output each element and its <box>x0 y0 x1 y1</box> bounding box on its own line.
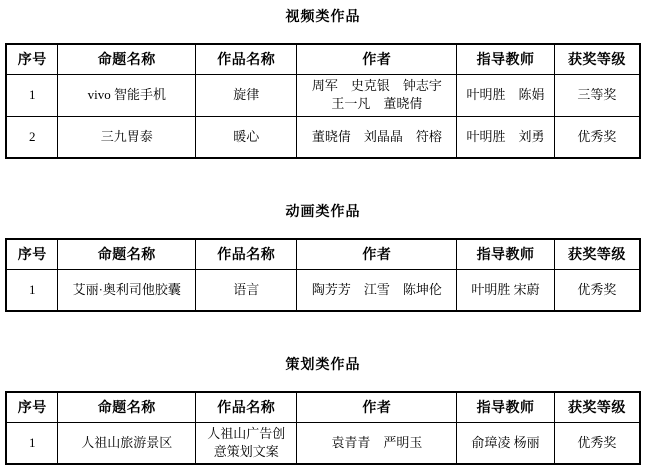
section-title: 动画类作品 <box>5 205 641 220</box>
works-table: 序号命题名称作品名称作者指导教师获奖等级 1人祖山旅游景区人祖山广告创 意策划文… <box>5 391 641 465</box>
table-cell: vivo 智能手机 <box>58 74 196 116</box>
works-table: 序号命题名称作品名称作者指导教师获奖等级 1vivo 智能手机旋律周军 史克银 … <box>5 43 641 159</box>
works-section: 视频类作品 序号命题名称作品名称作者指导教师获奖等级 1vivo 智能手机旋律周… <box>5 10 641 159</box>
table-cell: 优秀奖 <box>554 422 640 464</box>
column-header: 作品名称 <box>196 392 297 422</box>
table-cell: 1 <box>6 422 58 464</box>
works-section: 动画类作品 序号命题名称作品名称作者指导教师获奖等级 1艾丽·奥利司他胶囊语言陶… <box>5 205 641 312</box>
table-cell: 旋律 <box>196 74 297 116</box>
column-header: 序号 <box>6 44 58 74</box>
table-row: 1vivo 智能手机旋律周军 史克银 钟志宇 王一凡 董晓倩叶明胜 陈娟三等奖 <box>6 74 640 116</box>
table-cell: 陶芳芳 江雪 陈坤伦 <box>297 269 457 311</box>
column-header: 获奖等级 <box>554 239 640 269</box>
table-cell: 叶明胜 宋蔚 <box>457 269 555 311</box>
table-cell: 优秀奖 <box>554 269 640 311</box>
table-cell: 俞璋凌 杨丽 <box>457 422 555 464</box>
column-header: 指导教师 <box>457 239 555 269</box>
table-cell: 三等奖 <box>554 74 640 116</box>
table-cell: 语言 <box>196 269 297 311</box>
section-title: 策划类作品 <box>5 358 641 373</box>
column-header: 指导教师 <box>457 44 555 74</box>
works-section: 策划类作品 序号命题名称作品名称作者指导教师获奖等级 1人祖山旅游景区人祖山广告… <box>5 358 641 465</box>
column-header: 命题名称 <box>58 392 196 422</box>
column-header: 序号 <box>6 392 58 422</box>
table-cell: 2 <box>6 116 58 158</box>
column-header: 命题名称 <box>58 239 196 269</box>
column-header: 作者 <box>297 44 457 74</box>
table-cell: 优秀奖 <box>554 116 640 158</box>
table-cell: 叶明胜 刘勇 <box>457 116 555 158</box>
table-header-row: 序号命题名称作品名称作者指导教师获奖等级 <box>6 239 640 269</box>
section-title: 视频类作品 <box>5 10 641 25</box>
table-row: 1人祖山旅游景区人祖山广告创 意策划文案袁青青 严明玉俞璋凌 杨丽优秀奖 <box>6 422 640 464</box>
sections-container: 视频类作品 序号命题名称作品名称作者指导教师获奖等级 1vivo 智能手机旋律周… <box>5 10 641 465</box>
table-row: 1艾丽·奥利司他胶囊语言陶芳芳 江雪 陈坤伦叶明胜 宋蔚优秀奖 <box>6 269 640 311</box>
table-cell: 暖心 <box>196 116 297 158</box>
table-header-row: 序号命题名称作品名称作者指导教师获奖等级 <box>6 44 640 74</box>
column-header: 作品名称 <box>196 239 297 269</box>
column-header: 命题名称 <box>58 44 196 74</box>
table-cell: 三九胃泰 <box>58 116 196 158</box>
table-cell: 周军 史克银 钟志宇 王一凡 董晓倩 <box>297 74 457 116</box>
table-cell: 艾丽·奥利司他胶囊 <box>58 269 196 311</box>
document-page: 视频类作品 序号命题名称作品名称作者指导教师获奖等级 1vivo 智能手机旋律周… <box>0 0 647 474</box>
table-cell: 1 <box>6 74 58 116</box>
column-header: 获奖等级 <box>554 44 640 74</box>
column-header: 作者 <box>297 392 457 422</box>
table-cell: 董晓倩 刘晶晶 符榕 <box>297 116 457 158</box>
table-cell: 人祖山广告创 意策划文案 <box>196 422 297 464</box>
column-header: 指导教师 <box>457 392 555 422</box>
table-row: 2三九胃泰暖心董晓倩 刘晶晶 符榕叶明胜 刘勇优秀奖 <box>6 116 640 158</box>
table-cell: 袁青青 严明玉 <box>297 422 457 464</box>
works-table: 序号命题名称作品名称作者指导教师获奖等级 1艾丽·奥利司他胶囊语言陶芳芳 江雪 … <box>5 238 641 312</box>
column-header: 获奖等级 <box>554 392 640 422</box>
table-cell: 人祖山旅游景区 <box>58 422 196 464</box>
column-header: 作品名称 <box>196 44 297 74</box>
table-header-row: 序号命题名称作品名称作者指导教师获奖等级 <box>6 392 640 422</box>
table-cell: 叶明胜 陈娟 <box>457 74 555 116</box>
table-cell: 1 <box>6 269 58 311</box>
column-header: 序号 <box>6 239 58 269</box>
column-header: 作者 <box>297 239 457 269</box>
